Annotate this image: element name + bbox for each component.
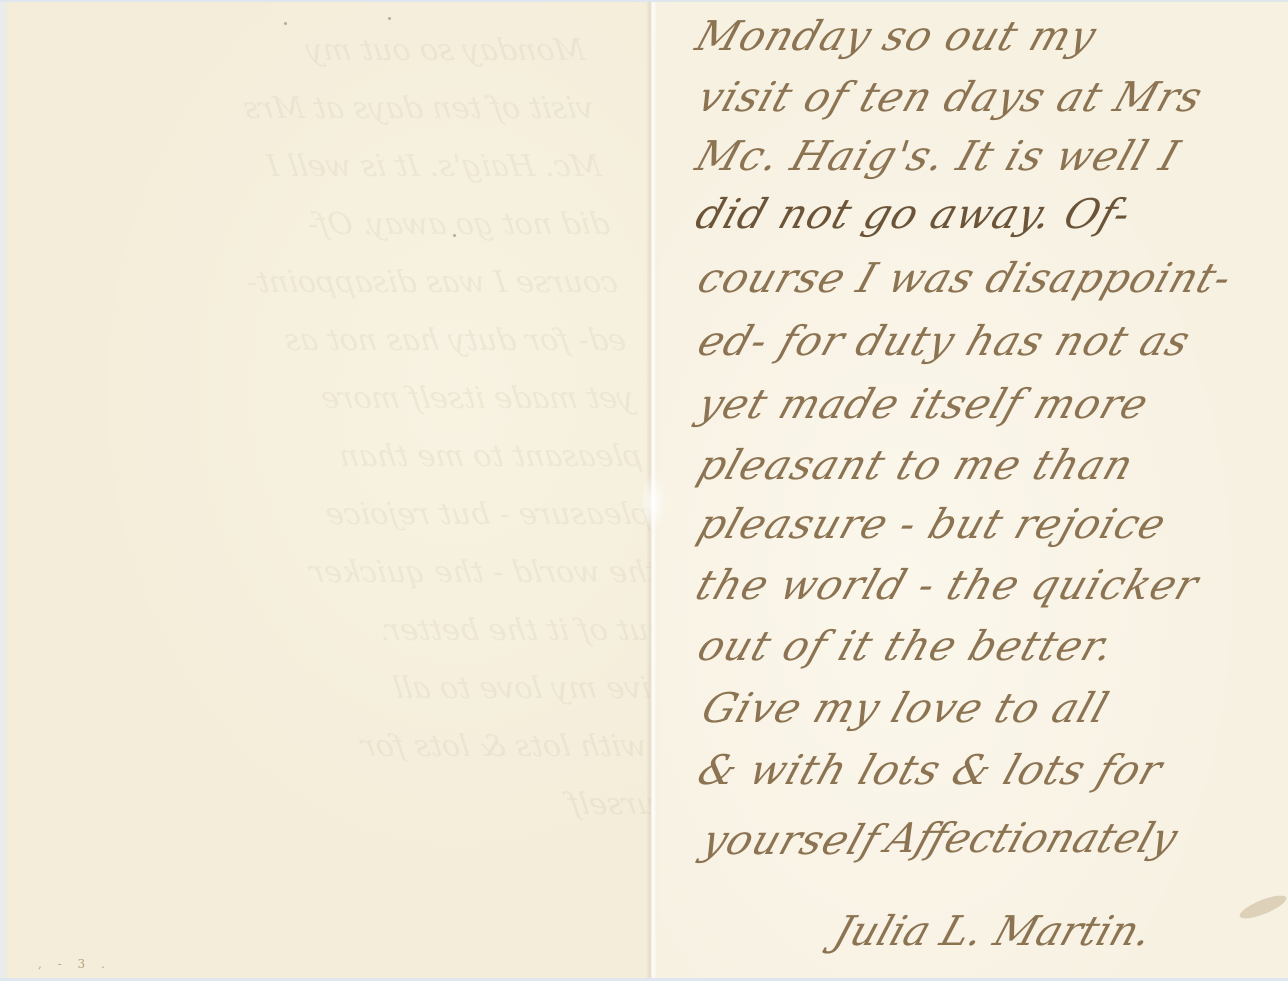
- letter-line: ed- for duty has not as: [692, 317, 1197, 365]
- letter-line: the world - the quicker: [690, 561, 1205, 609]
- fold-crease: [640, 472, 666, 532]
- letter-line: & with lots & lots for: [692, 746, 1169, 794]
- paper-speck: [453, 234, 456, 237]
- bleed-through-text: Monday so out my visit of ten days at Mr…: [0, 22, 695, 834]
- letter-line: Give my love to all: [696, 684, 1115, 732]
- letter-line: pleasant to me than: [692, 441, 1140, 489]
- signature: Julia L. Martin.: [828, 907, 1158, 955]
- letter-line: pleasure - but rejoice: [692, 500, 1173, 548]
- letter-line: Mc. Haig's. It is well I: [690, 132, 1186, 180]
- stray-pencil-marks: , - 3 .: [38, 957, 111, 971]
- letter-line: course I was disappoint-: [692, 254, 1238, 302]
- paper-speck: [388, 17, 391, 20]
- left-page: Monday so out my visit of ten days at Mr…: [8, 2, 651, 978]
- letter-scan: Monday so out my visit of ten days at Mr…: [0, 2, 1288, 978]
- letter-line: yourself: [696, 816, 887, 864]
- letter-line: out of it the better.: [692, 622, 1121, 670]
- letter-line: visit of ten days at Mrs: [692, 73, 1209, 121]
- paper-speck: [284, 22, 287, 25]
- letter-line: Monday so out my: [690, 12, 1103, 60]
- letter-line: did not go away. Of-: [690, 190, 1138, 238]
- closing-affectionately: Affectionately: [880, 814, 1184, 862]
- letter-line: yet made itself more: [692, 380, 1155, 428]
